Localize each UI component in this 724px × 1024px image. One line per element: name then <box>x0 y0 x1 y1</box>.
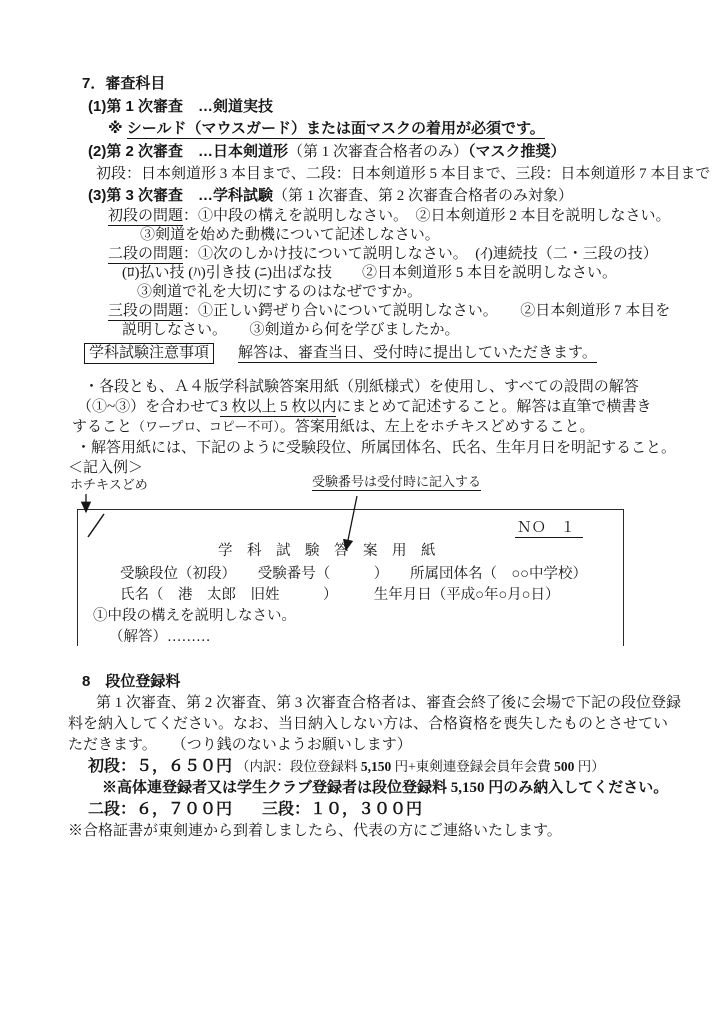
notice-paragraph-line3: すること（ワープロ、コピー不可）。答案用紙は、左上をホチキスどめすること。 <box>72 418 595 438</box>
example-label: ＜記入例＞ <box>68 459 143 479</box>
fee-paragraph-line2: 料を納入してください。なお、当日納入しない方は、合格資格を喪失したものとさせてい <box>68 715 668 735</box>
exam2-sub: （第 1 次審査合格者のみ） <box>288 144 468 160</box>
exam-number-note-text: 受験番号は受付時に記入する <box>312 474 481 491</box>
fee-detail-registration: 5,150 <box>361 759 391 774</box>
sheet-number: ＮＯ １ <box>515 519 583 538</box>
nidan-question-text: ：①次のしかけ技について説明しなさい。 (ｲ)連続技（二・三段の技） <box>183 246 658 262</box>
notice-paragraph-line1: ・各段とも、Ａ４版学科試験答案用紙（別紙様式）を使用し、すべての設問の解答 <box>84 378 639 398</box>
fee-shodan-amount: 初段：５，６５０円 <box>88 758 232 775</box>
sandan-question-line: 三段の問題：①正しい鍔ぜり合いについて説明しなさい。 ②日本剣道形 7 本目を <box>108 302 670 322</box>
sheet-line-name: 氏名（ 港 太郎 旧姓 ） 生年月日（平成○年○月○日） <box>120 586 560 605</box>
fee-shodan-line: 初段：５，６５０円（内訳：段位登録料 5,150 円+東剣連登録会員年会費 50… <box>88 757 605 778</box>
fee-detail-mid: 円+東剣連登録会員年会費 <box>391 759 554 774</box>
certificate-note: ※合格証書が東剣連から到着しましたら、代表の方にご連絡いたします。 <box>68 822 562 842</box>
sheet-title: 学 科 試 験 答 案 用 紙 <box>218 542 436 561</box>
exam2-title: (2)第 2 次審査 …日本剣道形 <box>88 143 288 160</box>
nidan-question-line2: (ﾛ)払い技 (ﾊ)引き技 (ﾆ)出ばな技 ②日本剣道形 5 本目を説明しなさい… <box>122 264 617 284</box>
fee-detail-post: 円） <box>574 759 604 774</box>
fee-paragraph-line3: ただきます。 （つり銭のないようお願いします） <box>68 736 412 756</box>
exam3-sub: （第 1 次審査、第 2 次審査合格者のみ対象） <box>273 188 573 204</box>
mask-required-line: ※ シールド（マウスガード）または面マスクの着用が必須です。 <box>108 119 545 139</box>
shodan-question-label: 初段の問題 <box>108 208 183 226</box>
notice-line2-pre: （①~③）を合わせて <box>77 399 220 415</box>
sheet-count-underlined: 3 枚以上 5 枚以内 <box>220 399 336 417</box>
sheet-number-text: ＮＯ １ <box>515 520 583 538</box>
notice-paragraph-line2: （①~③）を合わせて3 枚以上 5 枚以内にまとめて記述すること。解答は直筆で横… <box>77 398 651 418</box>
exam2-mask-note: （マスク推奨） <box>468 143 566 160</box>
notice-paragraph-line4: ・解答用紙には、下記のように受験段位、所属団体名、氏名、生年月日を明記すること。 <box>76 439 676 459</box>
mask-note-text: シールド（マウスガード）または面マスクの着用が必須です。 <box>127 120 545 139</box>
exam-number-note: 受験番号は受付時に記入する <box>312 474 481 491</box>
example-answer-sheet: ＮＯ １ 学 科 試 験 答 案 用 紙 受験段位（初段） 受験番号（ ） 所属… <box>77 509 624 646</box>
mask-note-prefix: ※ <box>108 120 127 137</box>
sandan-question-text: ：①正しい鍔ぜり合いについて説明しなさい。 ②日本剣道形 7 本目を <box>183 303 670 319</box>
sandan-question-line2: 説明しなさい。 ③剣道から何を学びましたか。 <box>122 321 460 341</box>
fee-sandan-amount: 三段：１０，３００円 <box>262 801 422 818</box>
notice-line3-pre: すること <box>72 419 132 435</box>
shodan-question-text: ：①中段の構えを説明しなさい。 ②日本剣道形 2 本目を説明しなさい。 <box>183 208 671 224</box>
notice-box-label: 学科試験注意事項 <box>84 343 214 364</box>
shodan-question-line: 初段の問題：①中段の構えを説明しなさい。 ②日本剣道形 2 本目を説明しなさい。 <box>108 207 671 227</box>
sheet-line-answer: （解答）……… <box>109 628 211 647</box>
sheet-line-rank: 受験段位（初段） 受験番号（ ） 所属団体名（ ○○中学校） <box>120 565 587 584</box>
document-page: 7．審査科目 (1)第 1 次審査 …剣道実技 ※ シールド（マウスガード）また… <box>0 0 724 1024</box>
fee-detail-membership: 500 <box>554 759 574 774</box>
shodan-question-line2: ③剣道を始めた動機について記述しなさい。 <box>140 226 440 246</box>
nidan-question-line: 二段の問題：①次のしかけ技について説明しなさい。 (ｲ)連続技（二・三段の技） <box>108 245 658 265</box>
notice-line3-small: （ワープロ、コピー不可） <box>132 419 280 434</box>
fee-nidan-sandan-line: 二段：６，７００円三段：１０，３００円 <box>88 800 422 821</box>
notice-line3-post: 。答案用紙は、左上をホチキスどめすること。 <box>280 419 595 435</box>
fee-nidan-amount: 二段：６，７００円 <box>88 801 232 818</box>
exam3-title: (3)第 3 次審査 …学科試験 <box>88 187 273 204</box>
fee-detail-pre: （内訳：段位登録料 <box>236 759 361 774</box>
exam1-line: (1)第 1 次審査 …剣道実技 <box>88 97 273 117</box>
exam2-detail: 初段：日本剣道形 3 本目まで、二段：日本剣道形 5 本目まで、三段：日本剣道形… <box>96 165 710 185</box>
sheet-line-question: ①中段の構えを説明しなさい。 <box>93 607 296 626</box>
staple-label: ホチキスどめ <box>70 477 148 494</box>
fee-shodan-detail: （内訳：段位登録料 5,150 円+東剣連登録会員年会費 500 円） <box>236 759 605 774</box>
sandan-question-label: 三段の問題 <box>108 303 183 321</box>
notice-line2-post: にまとめて記述すること。解答は直筆で横書き <box>336 399 651 415</box>
nidan-question-line3: ③剣道で礼を大切にするのはなぜですか。 <box>137 283 422 303</box>
exam3-line: (3)第 3 次審査 …学科試験（第 1 次審査、第 2 次審査合格者のみ対象） <box>88 186 573 207</box>
section8-heading: 8 段位登録料 <box>82 672 180 692</box>
fee-student-note: ※高体連登録者又は学生クラブ登録者は段位登録料 5,150 円のみ納入してくださ… <box>102 779 668 799</box>
exam2-line: (2)第 2 次審査 …日本剣道形（第 1 次審査合格者のみ）（マスク推奨） <box>88 142 566 163</box>
notice-headline: 解答は、審査当日、受付時に提出していただきます。 <box>238 345 597 363</box>
nidan-question-label: 二段の問題 <box>108 246 183 264</box>
exam-notice-line: 学科試験注意事項解答は、審査当日、受付時に提出していただきます。 <box>84 344 597 364</box>
fee-paragraph-line1: 第 1 次審査、第 2 次審査、第 3 次審査合格者は、審査会終了後に会場で下記… <box>96 694 681 714</box>
section7-heading: 7．審査科目 <box>82 74 165 94</box>
